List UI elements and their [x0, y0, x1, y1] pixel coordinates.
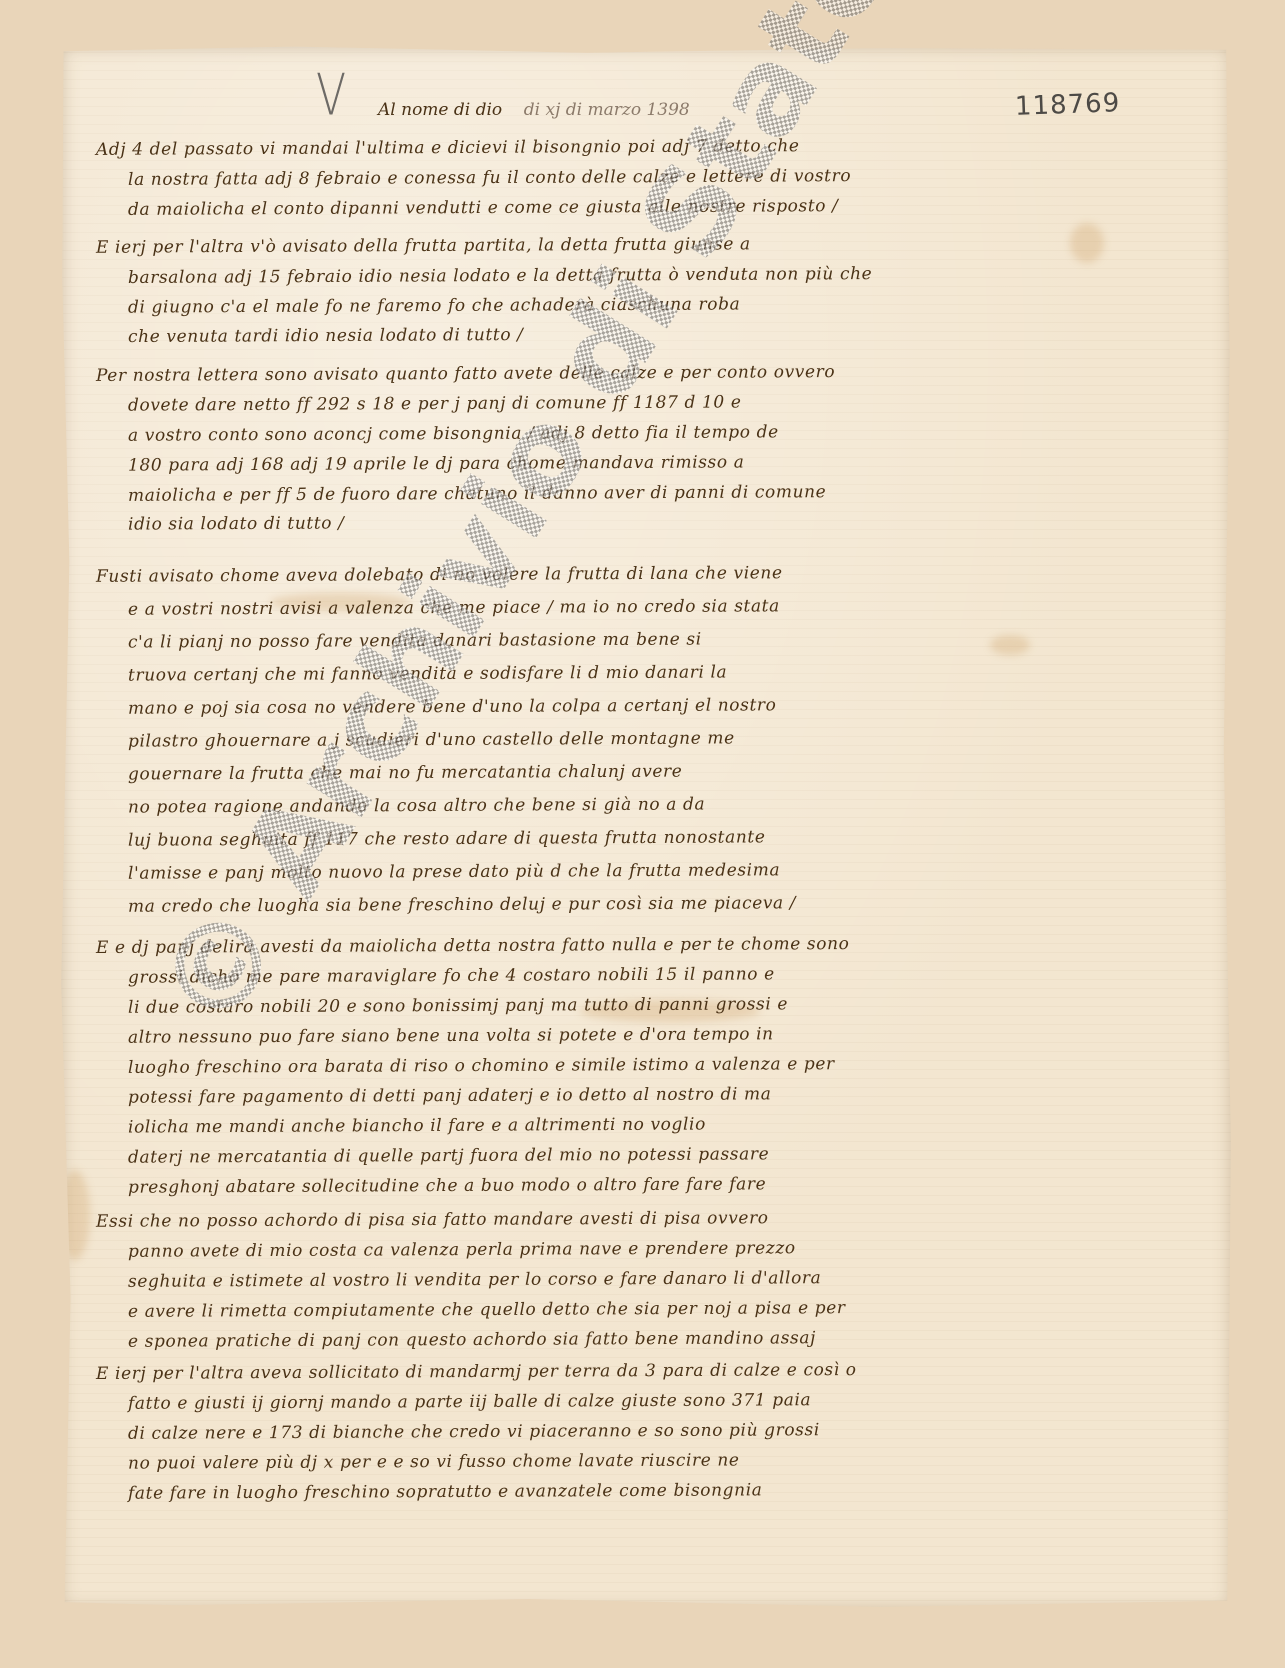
text-line: idio sia lodato di tutto / — [128, 513, 344, 534]
text-line: barsalona adj 15 febraio idio nesia loda… — [128, 264, 872, 288]
text-line: che venuta tardi idio nesia lodato di tu… — [128, 325, 524, 347]
text-line: no puoi valere più dj x per e e so vi fu… — [128, 1450, 740, 1473]
text-line: fate fare in luogho freschino sopratutto… — [128, 1480, 763, 1503]
text-line: E e dj panj delira avesti da maiolicha d… — [96, 934, 850, 958]
text-line: E ierj per l'altra aveva sollicitato di … — [96, 1360, 857, 1384]
text-line: di giugno c'a el male fo ne faremo fo ch… — [128, 294, 740, 317]
text-line: potessi fare pagamento di detti panj ada… — [128, 1084, 772, 1107]
text-line: l'amisse e panj molto nuovo la prese dat… — [128, 860, 780, 883]
text-line: no potea ragione andando la cosa altro c… — [128, 794, 705, 817]
text-line: gouernare la frutta che mai no fu mercat… — [128, 762, 683, 785]
text-line: Essi che no posso achordo di pisa sia fa… — [96, 1208, 769, 1232]
stain — [1070, 223, 1104, 263]
text-line: presghonj abatare sollecitudine che a bu… — [128, 1174, 766, 1197]
margin-check-mark: V — [316, 62, 346, 128]
text-line: iolicha me mandi anche biancho il fare e… — [128, 1114, 706, 1137]
letter-date: di xj di marzo 1398 — [524, 100, 690, 120]
text-line: Per nostra lettera sono avisato quanto f… — [96, 362, 835, 386]
text-line: e a vostri nostri avisi a valenza che me… — [128, 596, 780, 619]
text-line: Fusti avisato chome aveva dolebato di no… — [96, 563, 783, 587]
text-line: la nostra fatta adj 8 febraio e conessa … — [128, 166, 851, 190]
text-line: e avere li rimetta compiutamente che que… — [128, 1298, 846, 1322]
text-line: da maiolicha el conto dipanni vendutti e… — [128, 196, 839, 220]
text-line: dovete dare netto ff 292 s 18 e per j pa… — [128, 392, 742, 415]
text-line: truova certanj che mi fanno vendita e so… — [128, 662, 727, 685]
text-line: li due costaro nobili 20 e sono bonissim… — [128, 994, 788, 1017]
text-line: daterj ne mercatantia di quelle partj fu… — [128, 1144, 769, 1167]
text-line: di calze nere e 173 di bianche che credo… — [128, 1420, 820, 1444]
text-line: Adj 4 del passato vi mandai l'ultima e d… — [96, 136, 800, 160]
stain — [990, 635, 1030, 655]
text-line: seghuita e istimete al vostro li vendita… — [128, 1268, 821, 1292]
text-line: mano e poj sia cosa no vendere bene d'un… — [128, 695, 777, 718]
text-line: panno avete di mio costa ca valenza perl… — [128, 1238, 796, 1261]
text-line: luj buona seghuita ff 117 che resto adar… — [128, 827, 766, 850]
text-line: 180 para adj 168 adj 19 aprile le dj par… — [128, 452, 745, 475]
stain — [60, 1170, 90, 1260]
text-line: altro nessuno puo fare siano bene una vo… — [128, 1024, 774, 1047]
letter-header: Al nome di dio di xj di marzo 1398 — [378, 100, 690, 120]
text-line: e sponea pratiche di panj con questo ach… — [128, 1328, 816, 1352]
text-line: fatto e giusti ij giornj mando a parte i… — [128, 1390, 811, 1414]
text-line: E ierj per l'altra v'ò avisato della fru… — [96, 234, 751, 257]
text-line: a vostro conto sono aconcj come bisongni… — [128, 422, 779, 445]
text-line: maiolicha e per ff 5 de fuoro dare chatu… — [128, 482, 826, 506]
archival-number: 118769 — [1015, 88, 1121, 122]
text-line: luogho freschino ora barata di riso o ch… — [128, 1054, 835, 1078]
text-line: pilastro ghouernare a j scudieri d'uno c… — [128, 728, 735, 751]
text-line: grossi dicho me pare maraviglare fo che … — [128, 964, 775, 987]
text-line: ma credo che luogha sia bene freschino d… — [128, 893, 796, 916]
text-line: c'a li pianj no posso fare vendita danar… — [128, 629, 702, 652]
invocation: Al nome di dio — [378, 100, 502, 120]
